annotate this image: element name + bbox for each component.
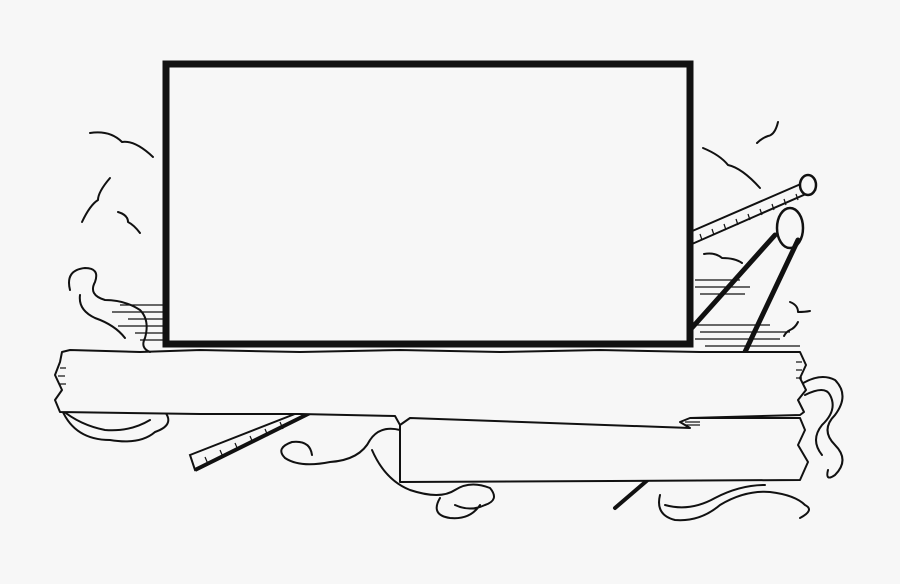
seagull-icon: [790, 302, 810, 312]
seagull-icon: [90, 132, 153, 157]
seagull-icon: [118, 212, 140, 233]
seagull-icon: [784, 322, 798, 336]
water-hatching-left: [112, 305, 165, 340]
rope-stub: [615, 478, 650, 508]
torn-paper-banner-lower: [400, 418, 808, 482]
ribbon-curl-upper-left: [69, 268, 150, 352]
seagull-icon: [82, 178, 110, 222]
ribbon-curl-left: [62, 410, 168, 441]
seagull-icon: [703, 148, 760, 188]
nautical-frame-illustration: [0, 0, 900, 584]
ribbon-curl-bottom-right: [659, 485, 809, 520]
seagull-icon: [757, 122, 778, 143]
blank-frame: [166, 64, 690, 344]
seagull-icon: [704, 254, 742, 264]
